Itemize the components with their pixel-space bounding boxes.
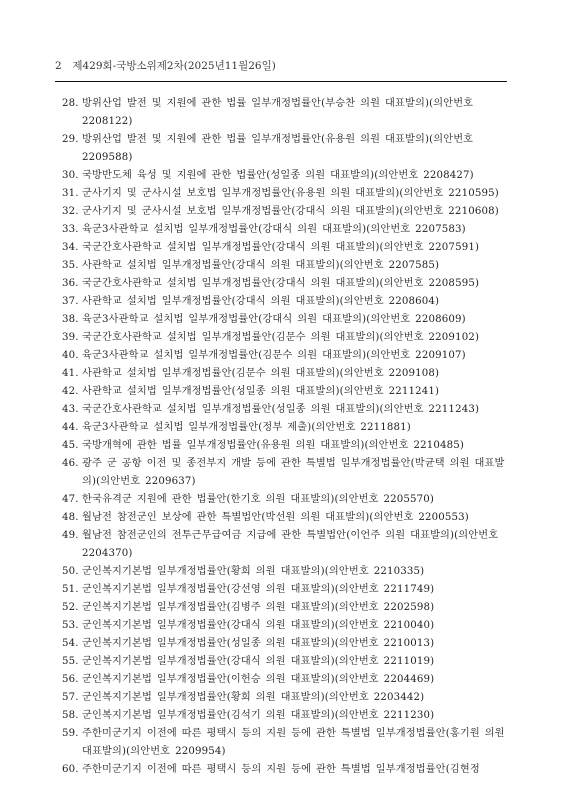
item-text: 육군3사관학교 설치법 일부개정법률안(정부 제출)(의안번호 2211881) <box>82 419 510 437</box>
item-number: 60. <box>62 761 82 779</box>
item-number: 41. <box>62 365 82 383</box>
item-text: 국군간호사관학교 설치법 일부개정법률안(강대식 의원 대표발의)(의안번호 2… <box>82 275 510 293</box>
item-text: 군인복지기본법 일부개정법률안(김석기 의원 대표발의)(의안번호 221123… <box>82 707 510 725</box>
item-text: 국방개혁에 관한 법률 일부개정법률안(유용원 의원 대표발의)(의안번호 22… <box>82 437 510 455</box>
agenda-item-43: 43.국군간호사관학교 설치법 일부개정법률안(성일종 의원 대표발의)(의안번… <box>62 401 510 419</box>
item-text: 한국유격군 지원에 관한 법률안(한기호 의원 대표발의)(의안번호 22055… <box>82 491 510 509</box>
agenda-item-37: 37.사관학교 설치법 일부개정법률안(강대식 의원 대표발의)(의안번호 22… <box>62 293 510 311</box>
agenda-item-33: 33.육군3사관학교 설치법 일부개정법률안(강대식 의원 대표발의)(의안번호… <box>62 221 510 239</box>
item-text: 군사기지 및 군사시설 보호법 일부개정법률안(강대식 의원 대표발의)(의안번… <box>82 203 510 221</box>
item-text: 육군3사관학교 설치법 일부개정법률안(강대식 의원 대표발의)(의안번호 22… <box>82 221 510 239</box>
item-text: 군인복지기본법 일부개정법률안(강대식 의원 대표발의)(의안번호 221101… <box>82 653 510 671</box>
item-text: 군인복지기본법 일부개정법률안(성일종 의원 대표발의)(의안번호 221001… <box>82 635 510 653</box>
session-title: 제429회-국방소위제2차(2025년11월26일) <box>72 60 275 72</box>
item-number: 30. <box>62 167 82 185</box>
item-number: 34. <box>62 239 82 257</box>
agenda-item-56: 56.군인복지기본법 일부개정법률안(이헌승 의원 대표발의)(의안번호 220… <box>62 671 510 689</box>
item-text: 군사기지 및 군사시설 보호법 일부개정법률안(유용원 의원 대표발의)(의안번… <box>82 185 510 203</box>
item-text: 사관학교 설치법 일부개정법률안(강대식 의원 대표발의)(의안번호 22075… <box>82 257 510 275</box>
item-number: 55. <box>62 653 82 671</box>
agenda-item-35: 35.사관학교 설치법 일부개정법률안(강대식 의원 대표발의)(의안번호 22… <box>62 257 510 275</box>
agenda-item-50: 50.군인복지기본법 일부개정법률안(황희 의원 대표발의)(의안번호 2210… <box>62 563 510 581</box>
item-text: 월남전 참전군인의 전투근무급여금 지급에 관한 특별법안(이언주 의원 대표발… <box>82 527 510 563</box>
agenda-item-36: 36.국군간호사관학교 설치법 일부개정법률안(강대식 의원 대표발의)(의안번… <box>62 275 510 293</box>
item-number: 29. <box>62 131 82 149</box>
item-number: 50. <box>62 563 82 581</box>
agenda-item-38: 38.육군3사관학교 설치법 일부개정법률안(강대식 의원 대표발의)(의안번호… <box>62 311 510 329</box>
agenda-item-59: 59.주한미군기지 이전에 따른 평택시 등의 지원 등에 관한 특별법 일부개… <box>62 725 510 761</box>
agenda-item-48: 48.월남전 참전군인 보상에 관한 특별법안(박선원 의원 대표발의)(의안번… <box>62 509 510 527</box>
item-text: 국군간호사관학교 설치법 일부개정법률안(김문수 의원 대표발의)(의안번호 2… <box>82 329 510 347</box>
item-number: 48. <box>62 509 82 527</box>
item-text: 월남전 참전군인 보상에 관한 특별법안(박선원 의원 대표발의)(의안번호 2… <box>82 509 510 527</box>
item-text: 군인복지기본법 일부개정법률안(김병주 의원 대표발의)(의안번호 220259… <box>82 599 510 617</box>
item-number: 31. <box>62 185 82 203</box>
item-number: 40. <box>62 347 82 365</box>
item-text: 사관학교 설치법 일부개정법률안(성일종 의원 대표발의)(의안번호 22112… <box>82 383 510 401</box>
item-number: 33. <box>62 221 82 239</box>
item-text: 국방반도체 육성 및 지원에 관한 법률안(성일종 의원 대표발의)(의안번호 … <box>82 167 510 185</box>
item-text: 사관학교 설치법 일부개정법률안(김문수 의원 대표발의)(의안번호 22091… <box>82 365 510 383</box>
item-number: 56. <box>62 671 82 689</box>
agenda-item-57: 57.군인복지기본법 일부개정법률안(황희 의원 대표발의)(의안번호 2203… <box>62 689 510 707</box>
item-text: 방위산업 발전 및 지원에 관한 법률 일부개정법률안(유용원 의원 대표발의)… <box>82 131 510 167</box>
item-text: 육군3사관학교 설치법 일부개정법률안(김문수 의원 대표발의)(의안번호 22… <box>82 347 510 365</box>
agenda-item-30: 30.국방반도체 육성 및 지원에 관한 법률안(성일종 의원 대표발의)(의안… <box>62 167 510 185</box>
agenda-item-58: 58.군인복지기본법 일부개정법률안(김석기 의원 대표발의)(의안번호 221… <box>62 707 510 725</box>
item-text: 군인복지기본법 일부개정법률안(황희 의원 대표발의)(의안번호 2203442… <box>82 689 510 707</box>
agenda-item-40: 40.육군3사관학교 설치법 일부개정법률안(김문수 의원 대표발의)(의안번호… <box>62 347 510 365</box>
item-text: 광주 군 공항 이전 및 종전부지 개발 등에 관한 특별법 일부개정법률안(박… <box>82 455 510 491</box>
agenda-item-52: 52.군인복지기본법 일부개정법률안(김병주 의원 대표발의)(의안번호 220… <box>62 599 510 617</box>
agenda-item-49: 49.월남전 참전군인의 전투근무급여금 지급에 관한 특별법안(이언주 의원 … <box>62 527 510 563</box>
item-number: 53. <box>62 617 82 635</box>
agenda-item-45: 45.국방개혁에 관한 법률 일부개정법률안(유용원 의원 대표발의)(의안번호… <box>62 437 510 455</box>
agenda-item-41: 41.사관학교 설치법 일부개정법률안(김문수 의원 대표발의)(의안번호 22… <box>62 365 510 383</box>
item-number: 35. <box>62 257 82 275</box>
item-number: 47. <box>62 491 82 509</box>
item-text: 군인복지기본법 일부개정법률안(강선영 의원 대표발의)(의안번호 221174… <box>82 581 510 599</box>
agenda-item-44: 44.육군3사관학교 설치법 일부개정법률안(정부 제출)(의안번호 22118… <box>62 419 510 437</box>
item-text: 군인복지기본법 일부개정법률안(황희 의원 대표발의)(의안번호 2210335… <box>82 563 510 581</box>
header-divider <box>55 81 507 82</box>
item-text: 군인복지기본법 일부개정법률안(이헌승 의원 대표발의)(의안번호 220446… <box>82 671 510 689</box>
item-text: 방위산업 발전 및 지원에 관한 법률 일부개정법률안(부승찬 의원 대표발의)… <box>82 95 510 131</box>
item-number: 59. <box>62 725 82 743</box>
item-number: 32. <box>62 203 82 221</box>
page-number: 2 <box>55 58 69 74</box>
item-number: 36. <box>62 275 82 293</box>
agenda-item-42: 42.사관학교 설치법 일부개정법률안(성일종 의원 대표발의)(의안번호 22… <box>62 383 510 401</box>
agenda-list: 28.방위산업 발전 및 지원에 관한 법률 일부개정법률안(부승찬 의원 대표… <box>62 95 510 779</box>
agenda-item-55: 55.군인복지기본법 일부개정법률안(강대식 의원 대표발의)(의안번호 221… <box>62 653 510 671</box>
agenda-item-34: 34.국군간호사관학교 설치법 일부개정법률안(강대식 의원 대표발의)(의안번… <box>62 239 510 257</box>
agenda-item-53: 53.군인복지기본법 일부개정법률안(강대식 의원 대표발의)(의안번호 221… <box>62 617 510 635</box>
item-number: 42. <box>62 383 82 401</box>
item-text: 군인복지기본법 일부개정법률안(강대식 의원 대표발의)(의안번호 221004… <box>82 617 510 635</box>
item-text: 국군간호사관학교 설치법 일부개정법률안(성일종 의원 대표발의)(의안번호 2… <box>82 401 510 419</box>
item-number: 49. <box>62 527 82 545</box>
item-number: 38. <box>62 311 82 329</box>
item-number: 39. <box>62 329 82 347</box>
agenda-item-60: 60.주한미군기지 이전에 따른 평택시 등의 지원 등에 관한 특별법 일부개… <box>62 761 510 779</box>
agenda-item-46: 46.광주 군 공항 이전 및 종전부지 개발 등에 관한 특별법 일부개정법률… <box>62 455 510 491</box>
agenda-item-31: 31.군사기지 및 군사시설 보호법 일부개정법률안(유용원 의원 대표발의)(… <box>62 185 510 203</box>
agenda-item-51: 51.군인복지기본법 일부개정법률안(강선영 의원 대표발의)(의안번호 221… <box>62 581 510 599</box>
item-text: 주한미군기지 이전에 따른 평택시 등의 지원 등에 관한 특별법 일부개정법률… <box>82 761 510 779</box>
item-text: 국군간호사관학교 설치법 일부개정법률안(강대식 의원 대표발의)(의안번호 2… <box>82 239 510 257</box>
agenda-item-32: 32.군사기지 및 군사시설 보호법 일부개정법률안(강대식 의원 대표발의)(… <box>62 203 510 221</box>
item-number: 28. <box>62 95 82 113</box>
agenda-item-54: 54.군인복지기본법 일부개정법률안(성일종 의원 대표발의)(의안번호 221… <box>62 635 510 653</box>
item-text: 육군3사관학교 설치법 일부개정법률안(강대식 의원 대표발의)(의안번호 22… <box>82 311 510 329</box>
item-number: 51. <box>62 581 82 599</box>
item-number: 58. <box>62 707 82 725</box>
item-text: 주한미군기지 이전에 따른 평택시 등의 지원 등에 관한 특별법 일부개정법률… <box>82 725 510 761</box>
agenda-item-47: 47.한국유격군 지원에 관한 법률안(한기호 의원 대표발의)(의안번호 22… <box>62 491 510 509</box>
item-number: 43. <box>62 401 82 419</box>
agenda-item-39: 39.국군간호사관학교 설치법 일부개정법률안(김문수 의원 대표발의)(의안번… <box>62 329 510 347</box>
agenda-item-29: 29.방위산업 발전 및 지원에 관한 법률 일부개정법률안(유용원 의원 대표… <box>62 131 510 167</box>
item-number: 45. <box>62 437 82 455</box>
item-number: 44. <box>62 419 82 437</box>
item-number: 37. <box>62 293 82 311</box>
item-number: 54. <box>62 635 82 653</box>
agenda-item-28: 28.방위산업 발전 및 지원에 관한 법률 일부개정법률안(부승찬 의원 대표… <box>62 95 510 131</box>
page-header: 2 제429회-국방소위제2차(2025년11월26일) <box>55 58 507 74</box>
item-number: 46. <box>62 455 82 473</box>
item-text: 사관학교 설치법 일부개정법률안(강대식 의원 대표발의)(의안번호 22086… <box>82 293 510 311</box>
item-number: 57. <box>62 689 82 707</box>
item-number: 52. <box>62 599 82 617</box>
